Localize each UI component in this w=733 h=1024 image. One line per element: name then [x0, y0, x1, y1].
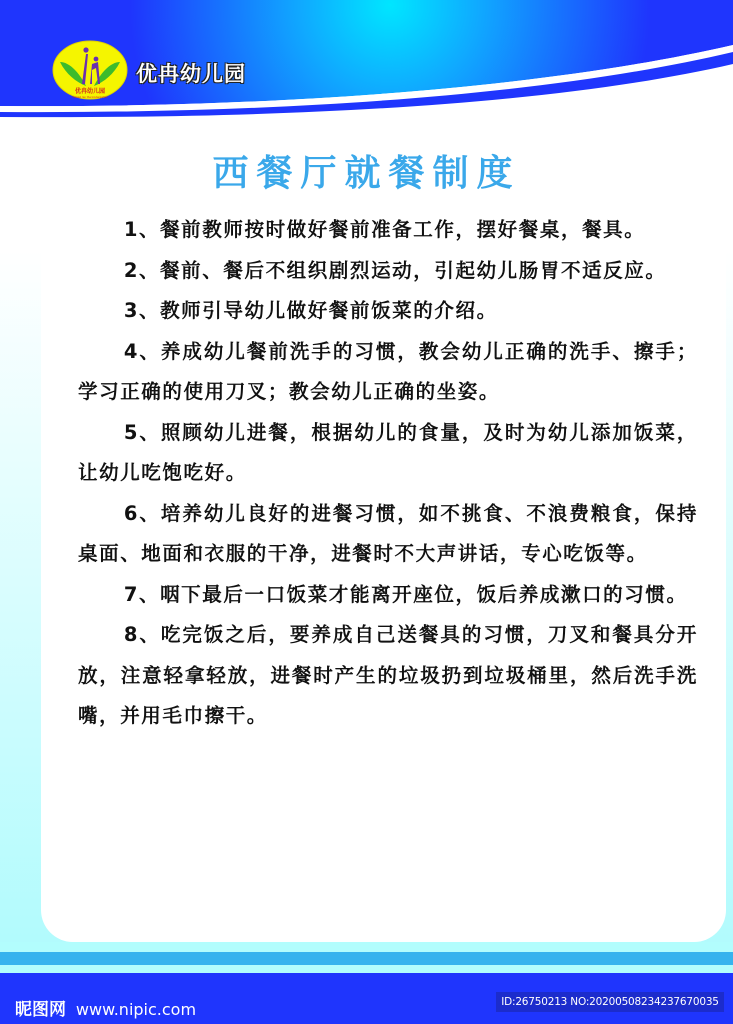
rule-item: 7、咽下最后一口饭菜才能离开座位，饭后养成漱口的习惯。 [78, 575, 698, 616]
watermark: 昵图网 www.nipic.com [15, 995, 196, 1020]
footer-stripe-light [0, 942, 733, 952]
footer-stripe-light-2 [0, 965, 733, 973]
brand-name: 优冉幼儿园 [136, 58, 246, 88]
image-id-label: ID:26750213 NO:20200508234237670035 [496, 992, 724, 1012]
rule-item: 2、餐前、餐后不组织剧烈运动，引起幼儿肠胃不适反应。 [78, 251, 698, 292]
rules-list: 1、餐前教师按时做好餐前准备工作，摆好餐桌，餐具。 2、餐前、餐后不组织剧烈运动… [78, 210, 698, 737]
rule-item: 4、养成幼儿餐前洗手的习惯，教会幼儿正确的洗手、擦手；学习正确的使用刀叉；教会幼… [78, 332, 698, 413]
header-banner: 优冉幼儿园 Uplead ran the kindergarten 优冉幼儿园 [0, 0, 733, 130]
rule-item: 8、吃完饭之后，要养成自己送餐具的习惯，刀叉和餐具分开放，注意轻拿轻放，进餐时产… [78, 615, 698, 737]
rule-item: 5、照顾幼儿进餐，根据幼儿的食量，及时为幼儿添加饭菜，让幼儿吃饱吃好。 [78, 413, 698, 494]
footer-stripe-mid [0, 952, 733, 965]
kindergarten-logo: 优冉幼儿园 Uplead ran the kindergarten [52, 40, 128, 100]
watermark-site-name: 昵图网 [15, 1000, 66, 1020]
rule-item: 1、餐前教师按时做好餐前准备工作，摆好餐桌，餐具。 [78, 210, 698, 251]
kindergarten-logo-icon: 优冉幼儿园 Uplead ran the kindergarten [52, 40, 128, 100]
rule-item: 3、教师引导幼儿做好餐前饭菜的介绍。 [78, 291, 698, 332]
page-title: 西餐厅就餐制度 [0, 145, 733, 196]
logo-text-cn: 优冉幼儿园 [75, 87, 105, 95]
footer-bar: 昵图网 www.nipic.com ID:26750213 NO:2020050… [0, 973, 733, 1024]
logo-text-en: Uplead ran the kindergarten [72, 95, 108, 99]
rule-item: 6、培养幼儿良好的进餐习惯，如不挑食、不浪费粮食，保持桌面、地面和衣服的干净，进… [78, 494, 698, 575]
watermark-url: www.nipic.com [76, 1000, 196, 1019]
